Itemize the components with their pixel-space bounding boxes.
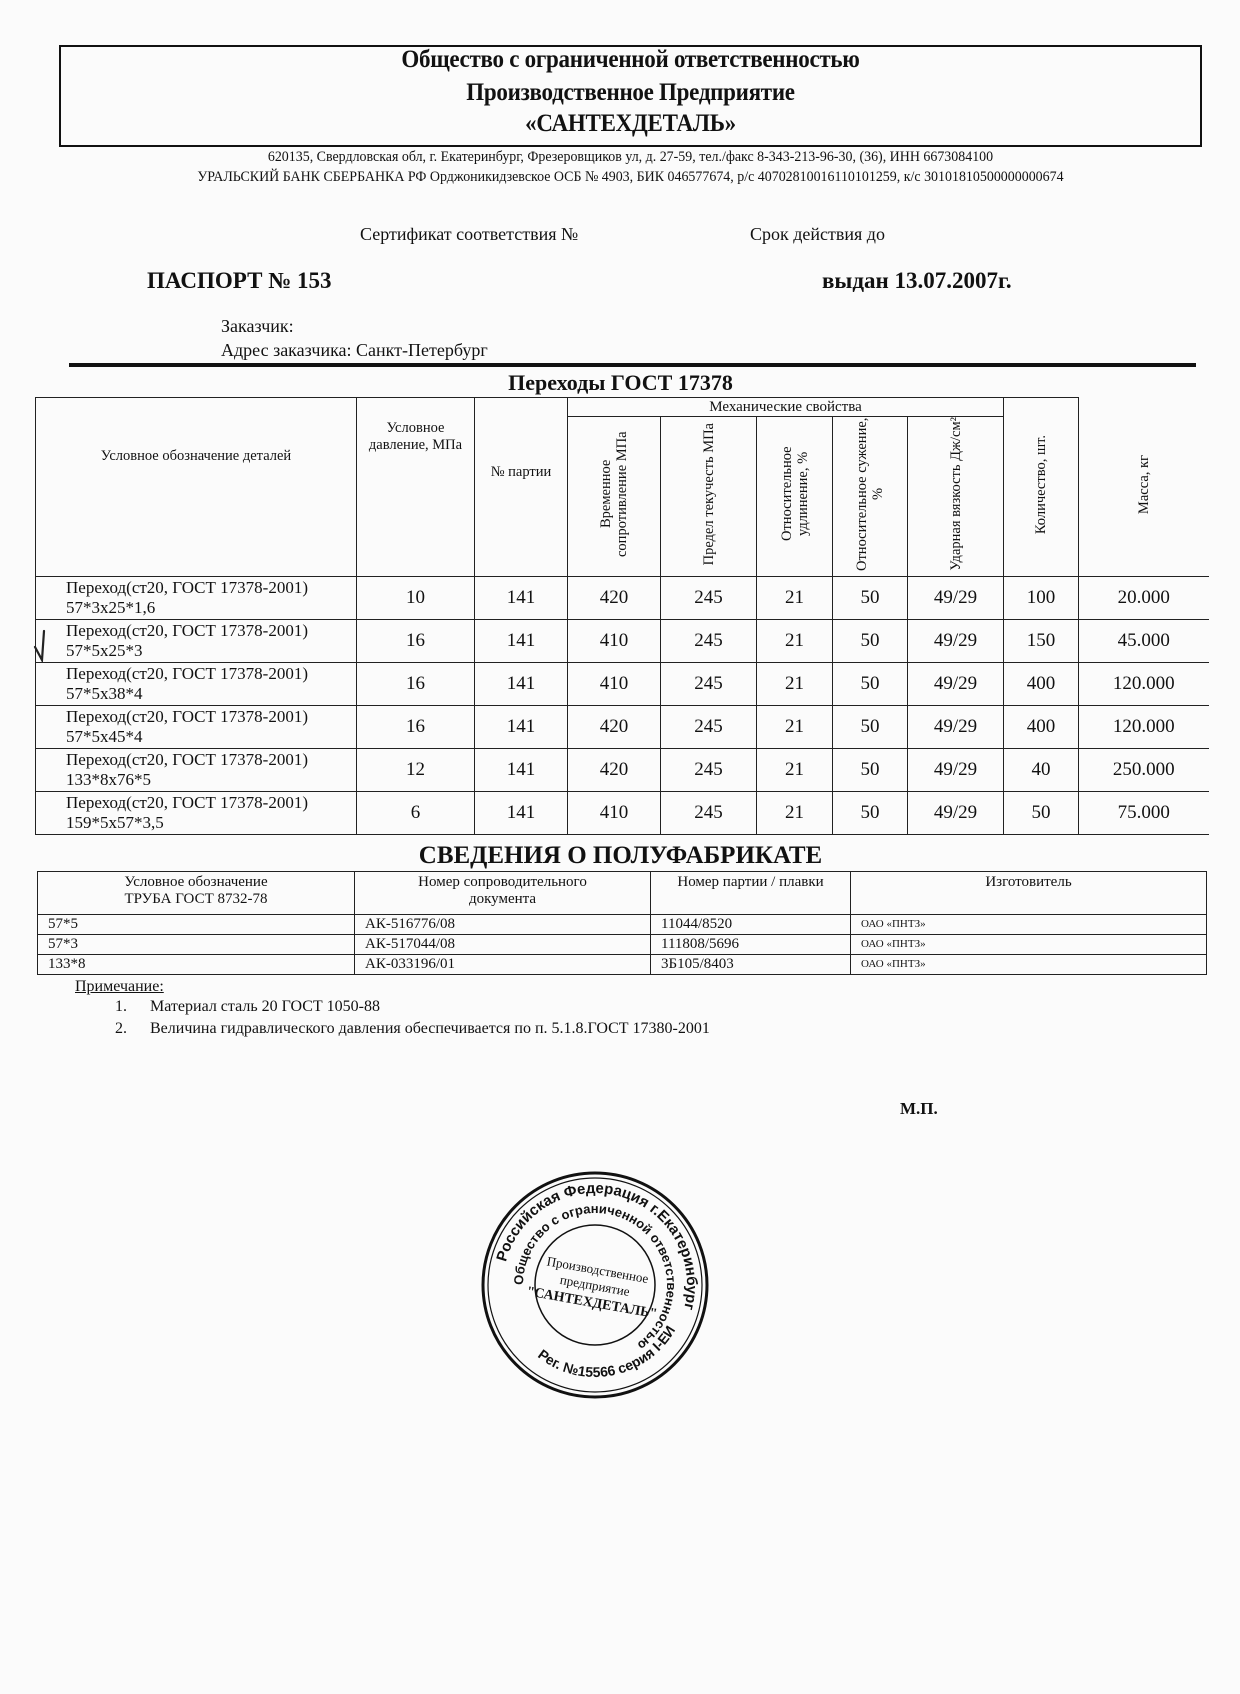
- cell-mass: 120.000: [1079, 663, 1209, 706]
- cell-quantity: 150: [1004, 620, 1079, 663]
- semi-header-document: Номер сопроводительного документа: [355, 872, 651, 915]
- cell-elongation: 21: [757, 663, 833, 706]
- table-row: 57*5 АК-516776/08 11044/8520 ОАО «ПНТЗ»: [38, 915, 1207, 935]
- fittings-table: Условное обозначение деталей Условное да…: [35, 397, 1209, 835]
- header-contraction: Относительное сужение, %: [833, 417, 908, 577]
- header-mechanical-properties: Механические свойства: [568, 398, 1004, 417]
- cell-designation: Переход(ст20, ГОСТ 17378-2001)57*3х25*1,…: [36, 577, 357, 620]
- cell-yield: 245: [661, 663, 757, 706]
- semi-header-manufacturer: Изготовитель: [851, 872, 1207, 915]
- cell-batch: 141: [475, 577, 568, 620]
- cell-yield: 245: [661, 620, 757, 663]
- semi-header-batch: Номер партии / плавки: [651, 872, 851, 915]
- cell-impact: 49/29: [908, 663, 1004, 706]
- passport-issue-date: выдан 13.07.2007г.: [822, 268, 1012, 294]
- cell-batch: 3Б105/8403: [651, 955, 851, 975]
- cell-quantity: 40: [1004, 749, 1079, 792]
- cell-contraction: 50: [833, 577, 908, 620]
- table-row: Переход(ст20, ГОСТ 17378-2001)57*5х45*4 …: [36, 706, 1209, 749]
- cell-contraction: 50: [833, 706, 908, 749]
- company-name-line: «САНТЕХДЕТАЛЬ»: [105, 110, 1157, 138]
- table-row: Переход(ст20, ГОСТ 17378-2001)57*5х38*4 …: [36, 663, 1209, 706]
- cell-yield: 245: [661, 792, 757, 835]
- note-text: Материал сталь 20 ГОСТ 1050-88: [150, 998, 380, 1016]
- validity-label: Срок действия до: [750, 224, 885, 245]
- semi-product-title: СВЕДЕНИЯ О ПОЛУФАБРИКАТЕ: [35, 842, 1206, 870]
- cell-quantity: 100: [1004, 577, 1079, 620]
- semi-product-table: Условное обозначениеТРУБА ГОСТ 8732-78 Н…: [37, 871, 1207, 975]
- cell-mass: 250.000: [1079, 749, 1209, 792]
- header-tensile-strength: Временное сопротивление МПа: [568, 417, 661, 577]
- cell-elongation: 21: [757, 749, 833, 792]
- section-divider: [69, 363, 1196, 367]
- cell-tensile: 420: [568, 577, 661, 620]
- cell-batch: 11044/8520: [651, 915, 851, 935]
- cell-document: АК-517044/08: [355, 935, 651, 955]
- cell-elongation: 21: [757, 620, 833, 663]
- cell-impact: 49/29: [908, 749, 1004, 792]
- cell-designation: Переход(ст20, ГОСТ 17378-2001)159*5х57*3…: [36, 792, 357, 835]
- cell-contraction: 50: [833, 620, 908, 663]
- cell-designation: Переход(ст20, ГОСТ 17378-2001)57*5х38*4: [36, 663, 357, 706]
- cell-pressure: 12: [357, 749, 475, 792]
- cell-yield: 245: [661, 749, 757, 792]
- cell-quantity: 50: [1004, 792, 1079, 835]
- cell-document: АК-516776/08: [355, 915, 651, 935]
- certificate-label: Сертификат соответствия №: [360, 224, 578, 245]
- main-table-title: Переходы ГОСТ 17378: [35, 370, 1206, 396]
- cell-tensile: 420: [568, 749, 661, 792]
- cell-pressure: 6: [357, 792, 475, 835]
- cell-batch: 141: [475, 663, 568, 706]
- cell-mass: 75.000: [1079, 792, 1209, 835]
- cell-pressure: 16: [357, 706, 475, 749]
- note-number: 1.: [115, 998, 127, 1016]
- cell-manufacturer: ОАО «ПНТЗ»: [851, 935, 1207, 955]
- company-form-line: Общество с ограниченной ответственностью: [105, 46, 1157, 74]
- table-row: Переход(ст20, ГОСТ 17378-2001)159*5х57*3…: [36, 792, 1209, 835]
- table-row: 57*3 АК-517044/08 111808/5696 ОАО «ПНТЗ»: [38, 935, 1207, 955]
- cell-mass: 20.000: [1079, 577, 1209, 620]
- company-bank-details: УРАЛЬСКИЙ БАНК СБЕРБАНКА РФ Орджоникидзе…: [99, 169, 1162, 186]
- header-batch: № партии: [475, 398, 568, 577]
- company-address: 620135, Свердловская обл, г. Екатеринбур…: [99, 149, 1162, 166]
- cell-quantity: 400: [1004, 706, 1079, 749]
- cell-pressure: 16: [357, 663, 475, 706]
- cell-batch: 111808/5696: [651, 935, 851, 955]
- cell-tensile: 410: [568, 663, 661, 706]
- semi-header-designation: Условное обозначениеТРУБА ГОСТ 8732-78: [38, 872, 355, 915]
- cell-batch: 141: [475, 792, 568, 835]
- customer-label: Заказчик:: [221, 316, 294, 337]
- cell-designation: Переход(ст20, ГОСТ 17378-2001)133*8х76*5: [36, 749, 357, 792]
- header-designation: Условное обозначение деталей: [36, 398, 357, 577]
- cell-designation: 57*3: [38, 935, 355, 955]
- cell-pressure: 16: [357, 620, 475, 663]
- cell-tensile: 410: [568, 620, 661, 663]
- cell-batch: 141: [475, 749, 568, 792]
- cell-quantity: 400: [1004, 663, 1079, 706]
- cell-manufacturer: ОАО «ПНТЗ»: [851, 955, 1207, 975]
- header-quantity: Количество, шт.: [1004, 398, 1079, 577]
- header-yield-strength: Предел текучесть МПа: [661, 417, 757, 577]
- cell-tensile: 420: [568, 706, 661, 749]
- header-mass: Масса, кг: [1079, 398, 1209, 577]
- cell-document: АК-033196/01: [355, 955, 651, 975]
- note-number: 2.: [115, 1020, 127, 1038]
- cell-impact: 49/29: [908, 706, 1004, 749]
- handwritten-check-mark-icon: [32, 627, 54, 663]
- cell-impact: 49/29: [908, 577, 1004, 620]
- cell-contraction: 50: [833, 663, 908, 706]
- cell-impact: 49/29: [908, 792, 1004, 835]
- table-row: 133*8 АК-033196/01 3Б105/8403 ОАО «ПНТЗ»: [38, 955, 1207, 975]
- notes-title: Примечание:: [75, 978, 164, 996]
- cell-manufacturer: ОАО «ПНТЗ»: [851, 915, 1207, 935]
- customer-address: Адрес заказчика: Санкт-Петербург: [221, 340, 488, 361]
- table-row: Переход(ст20, ГОСТ 17378-2001)133*8х76*5…: [36, 749, 1209, 792]
- header-impact-strength: Ударная вязкость Дж/см²: [908, 417, 1004, 577]
- cell-designation: 57*5: [38, 915, 355, 935]
- passport-title: ПАСПОРТ № 153: [147, 268, 332, 294]
- cell-contraction: 50: [833, 792, 908, 835]
- table-row: Переход(ст20, ГОСТ 17378-2001)57*5х25*3 …: [36, 620, 1209, 663]
- cell-designation: 133*8: [38, 955, 355, 975]
- cell-batch: 141: [475, 620, 568, 663]
- cell-elongation: 21: [757, 577, 833, 620]
- cell-elongation: 21: [757, 792, 833, 835]
- company-seal-stamp-icon: Российская Федерация г.Екатеринбург Обще…: [480, 1170, 710, 1400]
- table-row: Переход(ст20, ГОСТ 17378-2001)57*3х25*1,…: [36, 577, 1209, 620]
- cell-pressure: 10: [357, 577, 475, 620]
- cell-elongation: 21: [757, 706, 833, 749]
- note-text: Величина гидравлического давления обеспе…: [150, 1020, 710, 1038]
- cell-mass: 120.000: [1079, 706, 1209, 749]
- header-pressure: Условное давление, МПа: [357, 398, 475, 577]
- cell-contraction: 50: [833, 749, 908, 792]
- cell-mass: 45.000: [1079, 620, 1209, 663]
- seal-place-label: М.П.: [900, 1099, 938, 1119]
- cell-yield: 245: [661, 577, 757, 620]
- cell-designation: Переход(ст20, ГОСТ 17378-2001)57*5х45*4: [36, 706, 357, 749]
- cell-batch: 141: [475, 706, 568, 749]
- company-type-line: Производственное Предприятие: [105, 79, 1157, 107]
- cell-designation: Переход(ст20, ГОСТ 17378-2001)57*5х25*3: [36, 620, 357, 663]
- cell-tensile: 410: [568, 792, 661, 835]
- cell-yield: 245: [661, 706, 757, 749]
- cell-impact: 49/29: [908, 620, 1004, 663]
- header-elongation: Относительное удлинение, %: [757, 417, 833, 577]
